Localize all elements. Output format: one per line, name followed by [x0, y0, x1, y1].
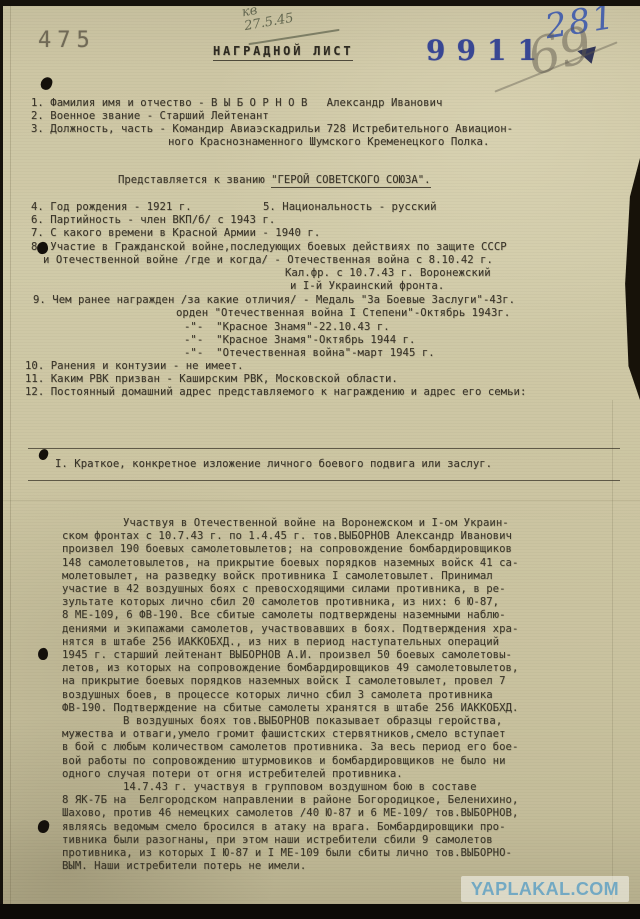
body-line: летов, из которых на сопровождение бомба… [62, 662, 614, 675]
body-line: 1945 г. старший лейтенант ВЫБОРНОВ А.И. … [62, 649, 614, 662]
body-line: в бой с любым количеством самолетов прот… [62, 741, 614, 754]
field-award-2: орден "Отечественная война I Степени"-Ок… [176, 307, 510, 320]
presented-award-title: "ГЕРОЙ СОВЕТСКОГО СОЮЗА". [271, 174, 430, 188]
body-line: 8 ЯК-7Б на Белгородском направлении в ра… [62, 794, 614, 807]
field-war-participation: 8. Участие в Гражданской войне,последующ… [31, 241, 507, 254]
document-title: НАГРАДНОЙ ЛИСТ [213, 44, 353, 61]
body-line: произвел 190 боевых самолетовылетов; на … [62, 543, 614, 556]
body-line: дениями и экипажами самолетов, участвова… [62, 623, 614, 636]
photo-edge-top [0, 0, 640, 6]
divider-line-bottom [28, 480, 620, 482]
field-fronts-2: и I-й Украинский фронта. [290, 280, 444, 293]
body-line: ском фронтах с 10.7.43 г. по 1.4.45 г. т… [62, 530, 614, 543]
field-birth-year: 4. Год рождения - 1921 г. [31, 201, 192, 214]
body-line: 148 самолетовылетов, на прикрытие боевых… [62, 557, 614, 570]
field-war-participation-cont: и Отечественной войне /где и когда/ - От… [43, 254, 493, 267]
body-line: являясь ведомым смело бросился в атаку н… [62, 821, 614, 834]
photo-edge-bottom [0, 904, 640, 919]
body-line: вой работы по сопровождению штурмовиков … [62, 755, 614, 768]
body-line: на прикрытие боевых порядков наземных во… [62, 675, 614, 688]
field-recruiting-office: 11. Каким РВК призван - Каширским РВК, М… [25, 373, 398, 386]
presented-label: Представляется к званию [118, 174, 271, 186]
field-prior-awards: 9. Чем ранее награжден /за какие отличия… [33, 294, 515, 307]
body-line: нятся в штабе 256 ИАККОБХД., из них в пе… [62, 636, 614, 649]
combat-feat-description: Участвуя в Отечественной войне на Вороне… [62, 517, 614, 873]
body-line: В воздушных боях тов.ВЫБОРНОВ показывает… [123, 715, 614, 728]
page-number-stamp: 475 [38, 28, 96, 53]
field-wounds: 10. Ранения и контузии - не имеет. [25, 360, 244, 373]
body-line: участие в 42 воздушных боях с превосходя… [62, 583, 614, 596]
field-army-since: 7. С какого времени в Красной Армии - 19… [31, 227, 320, 240]
presented-for-award-line: Представляется к званию "ГЕРОЙ СОВЕТСКОГ… [118, 174, 431, 186]
field-fronts-1: Кал.фр. с 10.7.43 г. Воронежский [285, 267, 491, 280]
body-line: ВЫМ. Наши истребители потерь не имели. [62, 860, 614, 873]
body-line: противника, из которых I Ю-87 и I МЕ-109… [62, 847, 614, 860]
watermark-text: YAPLAKAL.COM [471, 879, 619, 900]
body-line: воздушных боев, в процессе которых лично… [62, 689, 614, 702]
field-home-address: 12. Постоянный домашний адрес представля… [25, 386, 526, 399]
field-position-cont: ного Краснознаменного Шумского Кременецк… [168, 136, 489, 149]
field-party: 6. Партийность - член ВКП/б/ с 1943 г. [31, 214, 275, 227]
body-line: 14.7.43 г. участвуя в групповом воздушно… [123, 781, 614, 794]
site-watermark: YAPLAKAL.COM [461, 876, 629, 902]
body-line: тивника были разогнаны, при этом наши ис… [62, 834, 614, 847]
scanned-award-document: 475 кв 27.5.45 НАГРАДНОЙ ЛИСТ 9911 281 6… [0, 0, 640, 919]
divider-line-top [28, 448, 620, 450]
body-line: 8 МЕ-109, 6 ФВ-190. Все сбитые самолеты … [62, 609, 614, 622]
vertical-crease [10, 6, 11, 905]
body-line: Шахово, против 46 немецких самолетов /40… [62, 807, 614, 820]
field-award-5: -"- "Отечественная война"-март 1945 г. [184, 347, 435, 360]
body-line: мужества и отваги,умело громит фашистски… [62, 728, 614, 741]
body-line: Участвуя в Отечественной войне на Вороне… [123, 517, 614, 530]
field-award-3: -"- "Красное Знамя"-22.10.43 г. [184, 321, 390, 334]
section-header: I. Краткое, конкретное изложение личного… [55, 458, 492, 471]
body-line: зультате которых лично сбил 20 самолетов… [62, 596, 614, 609]
field-rank: 2. Военное звание - Старший Лейтенант [31, 110, 269, 123]
body-line: ФВ-190. Подтверждение на сбитые самолеты… [62, 702, 614, 715]
field-position: 3. Должность, часть - Командир Авиаэскад… [31, 123, 513, 136]
field-award-4: -"- "Красное Знамя"-Октябрь 1944 г. [184, 334, 415, 347]
horizontal-crease [3, 500, 640, 501]
field-nationality: 5. Национальность - русский [263, 201, 437, 214]
body-line: одного случая потери от огня истребителе… [62, 768, 614, 781]
body-line: молетовылет, на разведку войск противник… [62, 570, 614, 583]
photo-edge-left [0, 0, 3, 919]
field-surname: 1. Фамилия имя и отчество - В Ы Б О Р Н … [31, 97, 442, 110]
